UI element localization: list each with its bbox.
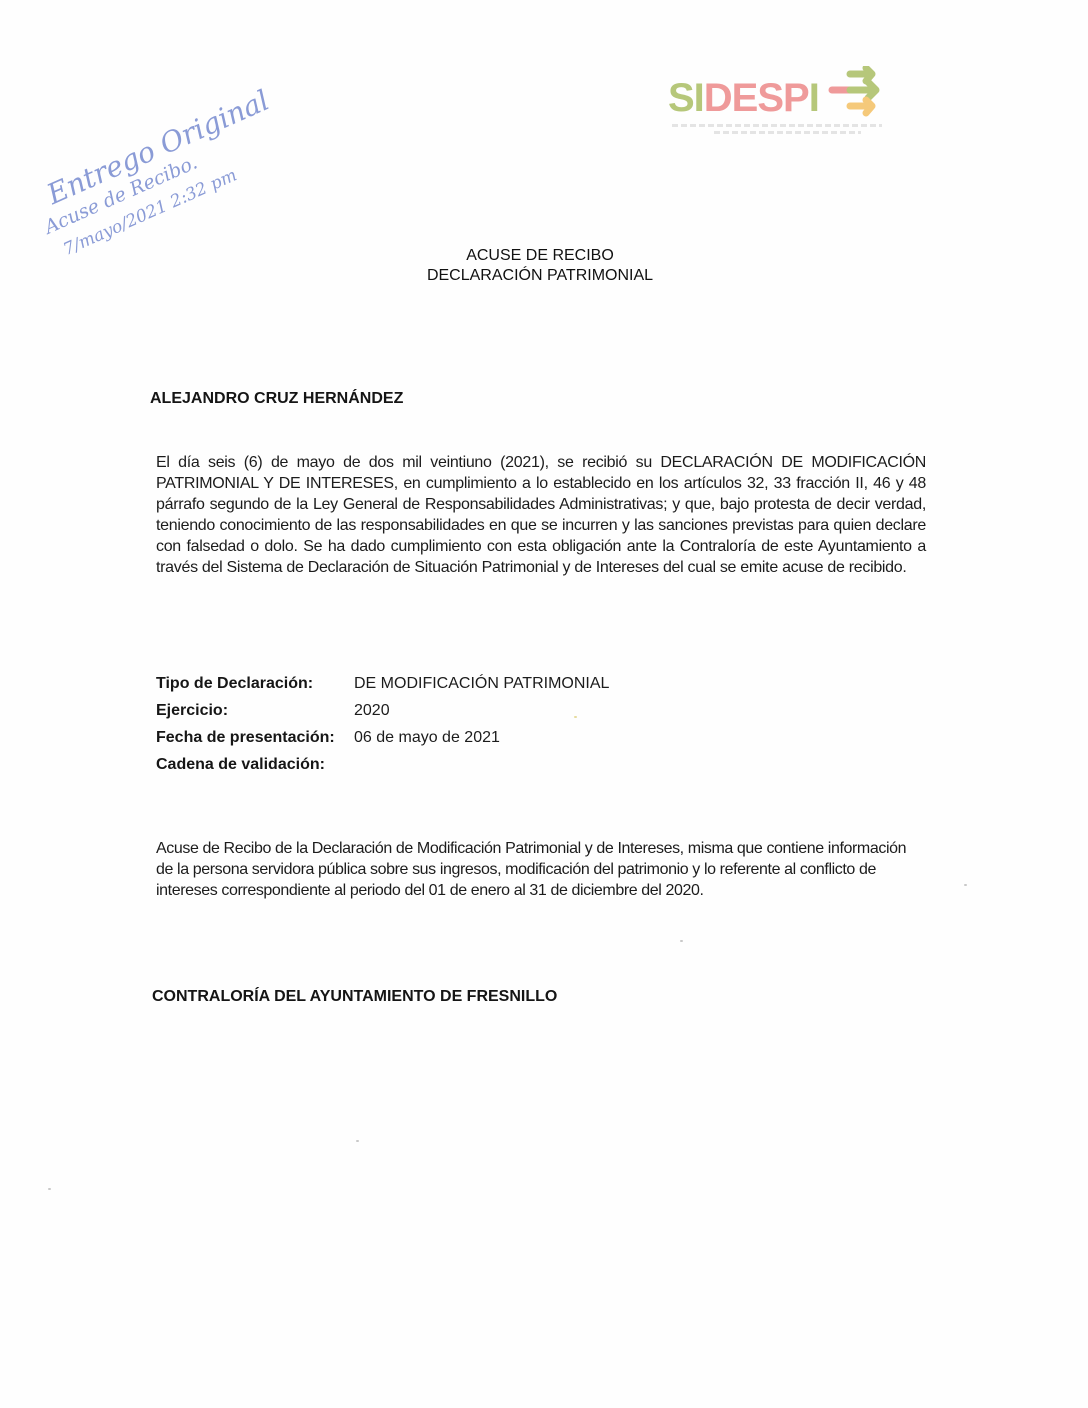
field-value: DE MODIFICACIÓN PATRIMONIAL bbox=[354, 670, 609, 697]
scan-speck bbox=[356, 1140, 359, 1142]
scan-speck bbox=[48, 1188, 51, 1190]
field-label: Ejercicio: bbox=[156, 697, 354, 724]
title-line-2: DECLARACIÓN PATRIMONIAL bbox=[380, 266, 700, 286]
field-label: Fecha de presentación: bbox=[156, 724, 354, 751]
title-line-1: ACUSE DE RECIBO bbox=[380, 246, 700, 266]
document-title: ACUSE DE RECIBO DECLARACIÓN PATRIMONIAL bbox=[380, 246, 700, 286]
logo-text-si: SI bbox=[668, 76, 704, 120]
footer-paragraph: Acuse de Recibo de la Declaración de Mod… bbox=[156, 838, 926, 901]
field-value: 2020 bbox=[354, 697, 390, 724]
arrows-icon bbox=[828, 66, 888, 118]
field-row-ejercicio: Ejercicio: 2020 bbox=[156, 697, 609, 724]
scan-speck bbox=[964, 884, 967, 886]
handwritten-annotation: Entrego Original Acuse de Recibo. 7/mayo… bbox=[22, 74, 333, 344]
field-row-fecha: Fecha de presentación: 06 de mayo de 202… bbox=[156, 724, 609, 751]
logo-wordmark: SIDESPI bbox=[668, 76, 819, 121]
field-label: Tipo de Declaración: bbox=[156, 670, 354, 697]
issuer-name: CONTRALORÍA DEL AYUNTAMIENTO DE FRESNILL… bbox=[152, 988, 557, 1006]
field-value: 06 de mayo de 2021 bbox=[354, 724, 500, 751]
scan-speck bbox=[680, 940, 683, 942]
body-paragraph: El día seis (6) de mayo de dos mil veint… bbox=[156, 452, 926, 578]
logo-text-i: I bbox=[809, 76, 819, 120]
scan-speck bbox=[574, 716, 577, 718]
document-page: SIDESPI Entrego Original Acuse de Recibo… bbox=[0, 0, 1088, 1408]
declaration-fields: Tipo de Declaración: DE MODIFICACIÓN PAT… bbox=[156, 670, 609, 778]
recipient-name: ALEJANDRO CRUZ HERNÁNDEZ bbox=[150, 390, 403, 408]
field-row-tipo: Tipo de Declaración: DE MODIFICACIÓN PAT… bbox=[156, 670, 609, 697]
field-row-cadena: Cadena de validación: bbox=[156, 751, 609, 778]
field-label: Cadena de validación: bbox=[156, 751, 354, 778]
logo-tagline bbox=[672, 124, 882, 138]
sidespi-logo: SIDESPI bbox=[668, 62, 888, 142]
logo-text-desp: DESP bbox=[704, 76, 809, 120]
